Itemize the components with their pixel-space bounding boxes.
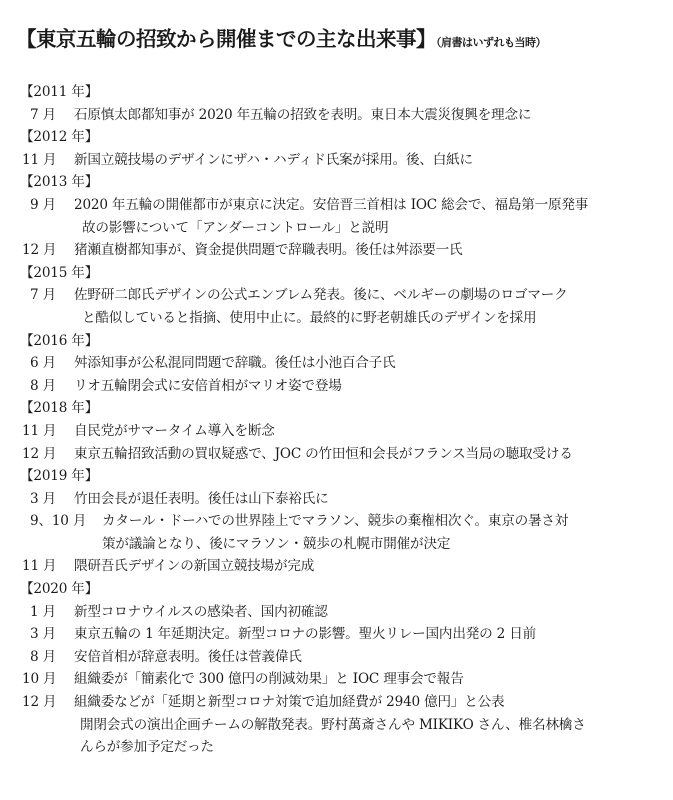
timeline: 【2011 年】 7 月 石原慎太郎都知事が 2020 年五輪の招致を表明。東日… (22, 81, 662, 759)
event-month: 6 月 (22, 352, 74, 375)
event-text-continued: 開閉会式の演出企画チームの解散発表。野村萬斎さんや MIKIKO さん、椎名林檎… (22, 714, 662, 737)
title-note: （肩書はいずれも当時） (436, 36, 546, 49)
timeline-event: 1 月 新型コロナウイルスの感染者、国内初確認 (22, 601, 662, 624)
event-text: 安倍首相が辞意表明。後任は菅義偉氏 (74, 646, 302, 669)
event-month: 3 月 (22, 488, 74, 511)
event-month: 8 月 (22, 375, 74, 398)
year-heading: 【2015 年】 (20, 262, 662, 285)
event-month: 7 月 (22, 284, 74, 307)
event-text: カタール・ドーハでの世界陸上でマラソン、競歩の棄権相次ぐ。東京の暑さ対 (102, 510, 568, 533)
document-title: 【東京五輪の招致から開催までの主な出来事】（肩書はいずれも当時） (16, 22, 546, 52)
year-heading: 【2018 年】 (20, 397, 662, 420)
event-text: 東京五輪招致活動の買収疑惑で、JOC の竹田恒和会長がフランス当局の聴取受ける (74, 443, 573, 466)
timeline-event: 8 月 安倍首相が辞意表明。後任は菅義偉氏 (22, 646, 662, 669)
title-main: 【東京五輪の招致から開催までの主な出来事】 (16, 27, 436, 51)
event-text: 新国立競技場のデザインにザハ・ハディド氏案が採用。後、白紙に (74, 149, 473, 172)
year-heading: 【2019 年】 (20, 465, 662, 488)
timeline-event: 3 月 東京五輪の 1 年延期決定。新型コロナの影響。聖火リレー国内出発の 2 … (22, 623, 662, 646)
event-month: 9 月 (22, 194, 74, 217)
event-month: 7 月 (22, 104, 74, 127)
event-month: 11 月 (22, 149, 74, 172)
timeline-event: 6 月 舛添知事が公私混同問題で辞職。後任は小池百合子氏 (22, 352, 662, 375)
year-heading: 【2016 年】 (20, 330, 662, 353)
event-month: 1 月 (22, 601, 74, 624)
event-month: 9、10 月 (22, 510, 102, 533)
timeline-event: 3 月 竹田会長が退任表明。後任は山下泰裕氏に (22, 488, 662, 511)
event-text: 竹田会長が退任表明。後任は山下泰裕氏に (74, 488, 328, 511)
timeline-event: 7 月 石原慎太郎都知事が 2020 年五輪の招致を表明。東日本大震災復興を理念… (22, 104, 662, 127)
year-heading: 【2020 年】 (20, 578, 662, 601)
year-heading: 【2013 年】 (20, 171, 662, 194)
event-month: 12 月 (22, 691, 74, 714)
event-text-continued: んらが参加予定だった (22, 736, 662, 759)
event-text-continued: 故の影響について「アンダーコントロール」と説明 (22, 217, 662, 240)
event-month: 3 月 (22, 623, 74, 646)
event-month: 12 月 (22, 239, 74, 262)
event-text: 新型コロナウイルスの感染者、国内初確認 (74, 601, 328, 624)
event-month: 11 月 (22, 420, 74, 443)
event-month: 8 月 (22, 646, 74, 669)
event-text: 組織委が「簡素化で 300 億円の削減効果」と IOC 理事会で報告 (74, 668, 464, 691)
event-month: 10 月 (22, 668, 74, 691)
event-text: 舛添知事が公私混同問題で辞職。後任は小池百合子氏 (74, 352, 395, 375)
year-heading: 【2012 年】 (20, 126, 662, 149)
timeline-event: 12 月 猪瀬直樹都知事が、資金提供問題で辞職表明。後任は舛添要一氏 (22, 239, 662, 262)
event-text: 猪瀬直樹都知事が、資金提供問題で辞職表明。後任は舛添要一氏 (74, 239, 462, 262)
event-text: 隈研吾氏デザインの新国立競技場が完成 (74, 555, 314, 578)
event-text: 佐野研二郎氏デザインの公式エンブレム発表。後に、ベルギーの劇場のロゴマーク (74, 284, 568, 307)
timeline-event: 12 月 東京五輪招致活動の買収疑惑で、JOC の竹田恒和会長がフランス当局の聴… (22, 443, 662, 466)
timeline-event: 8 月 リオ五輪閉会式に安倍首相がマリオ姿で登場 (22, 375, 662, 398)
timeline-event: 11 月 隈研吾氏デザインの新国立競技場が完成 (22, 555, 662, 578)
event-text: 東京五輪の 1 年延期決定。新型コロナの影響。聖火リレー国内出発の 2 日前 (74, 623, 536, 646)
timeline-event: 11 月 新国立競技場のデザインにザハ・ハディド氏案が採用。後、白紙に (22, 149, 662, 172)
year-heading: 【2011 年】 (20, 81, 662, 104)
event-text: 石原慎太郎都知事が 2020 年五輪の招致を表明。東日本大震災復興を理念に (74, 104, 531, 127)
timeline-event: 7 月 佐野研二郎氏デザインの公式エンブレム発表。後に、ベルギーの劇場のロゴマー… (22, 284, 662, 307)
timeline-event: 12 月 組織委などが「延期と新型コロナ対策で追加経費が 2940 億円」と公表 (22, 691, 662, 714)
event-text: 自民党がサマータイム導入を断念 (74, 420, 275, 443)
timeline-event: 9、10 月 カタール・ドーハでの世界陸上でマラソン、競歩の棄権相次ぐ。東京の暑… (22, 510, 662, 533)
event-text: 2020 年五輪の開催都市が東京に決定。安倍晋三首相は IOC 総会で、福島第一… (74, 194, 588, 217)
event-text-continued: と酷似していると指摘、使用中止に。最終的に野老朝雄氏のデザインを採用 (22, 307, 662, 330)
event-month: 11 月 (22, 555, 74, 578)
timeline-event: 10 月 組織委が「簡素化で 300 億円の削減効果」と IOC 理事会で報告 (22, 668, 662, 691)
timeline-event: 11 月 自民党がサマータイム導入を断念 (22, 420, 662, 443)
timeline-event: 9 月 2020 年五輪の開催都市が東京に決定。安倍晋三首相は IOC 総会で、… (22, 194, 662, 217)
event-text: リオ五輪閉会式に安倍首相がマリオ姿で登場 (74, 375, 342, 398)
event-text-continued: 策が議論となり、後にマラソン・競歩の札幌市開催が決定 (22, 533, 662, 556)
event-month: 12 月 (22, 443, 74, 466)
event-text: 組織委などが「延期と新型コロナ対策で追加経費が 2940 億円」と公表 (74, 691, 504, 714)
